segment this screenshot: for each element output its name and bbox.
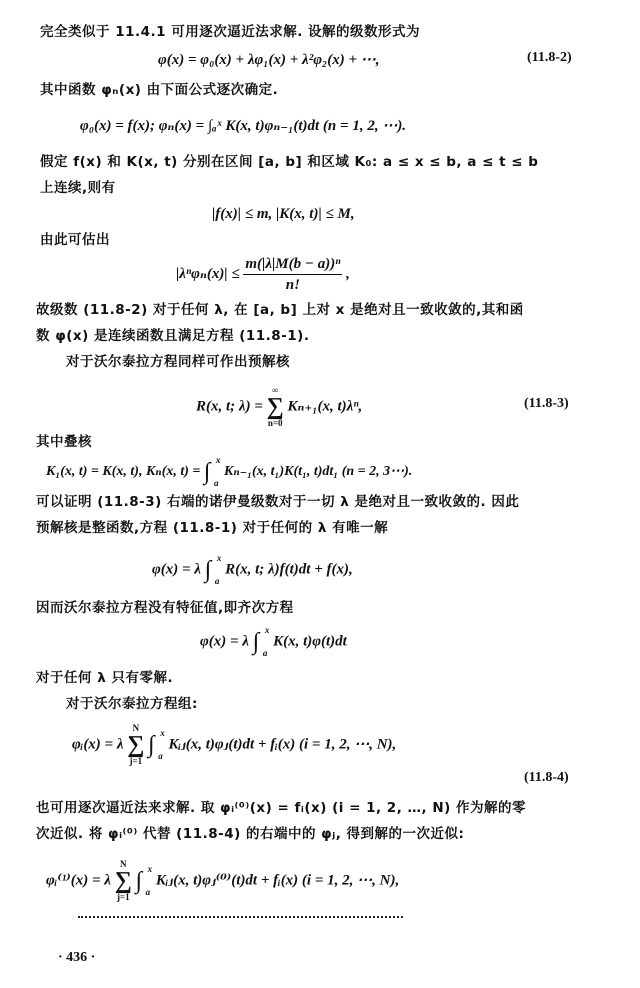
paragraph-8: 对于沃尔泰拉方程同样可作出预解核	[66, 352, 290, 372]
estimate-fraction: m(|λ|M(b − a))ⁿ n!	[243, 254, 342, 295]
paragraph-10: 可以证明 (11.8-3) 右端的诺伊曼级数对于一切 λ 是绝对且一致收敛的. …	[36, 492, 519, 512]
integral-symbol: ∫xa	[205, 558, 222, 582]
integral-symbol: ∫xa	[136, 869, 153, 893]
paragraph-7: 数 φ(x) 是连续函数且满足方程 (11.8-1).	[36, 326, 309, 346]
paragraph-12: 因而沃尔泰拉方程没有特征值,即齐次方程	[36, 598, 294, 618]
equation-iterated-kernels: K₁(x, t) = K(x, t), Kₙ(x, t) = ∫xa Kₙ₋₁(…	[46, 460, 412, 484]
resolvent-rhs: Kₙ₊₁(x, t)λⁿ,	[287, 398, 362, 414]
summation-symbol: ∞ ∑ n=0	[267, 386, 284, 428]
paragraph-1: 完全类似于 11.4.1 可用逐次逼近法求解. 设解的级数形式为	[40, 22, 420, 42]
paragraph-6: 故级数 (11.8-2) 对于任何 λ, 在 [a, b] 上对 x 是绝对且一…	[36, 300, 524, 320]
paragraph-2: 其中函数 φₙ(x) 由下面公式逐次确定.	[40, 80, 278, 100]
summation-symbol: N ∑ j=1	[115, 860, 132, 902]
equation-homogeneous: φ(x) = λ ∫xa K(x, t)φ(t)dt	[200, 630, 347, 654]
equation-solution: φ(x) = λ ∫xa R(x, t; λ)f(t)dt + f(x),	[152, 558, 353, 582]
integral-symbol: ∫xa	[253, 630, 270, 654]
paragraph-3: 假定 f(x) 和 K(x, t) 分别在区间 [a, b] 和区域 K₀: a…	[40, 152, 538, 172]
paragraph-11: 预解核是整函数,方程 (11.8-1) 对于任何的 λ 有唯一解	[36, 518, 388, 538]
summation-symbol: N ∑ j=1	[127, 724, 144, 766]
page-number: · 436 ·	[58, 950, 95, 966]
equation-recursion: φ₀(x) = f(x); φₙ(x) = ∫ₐˣ K(x, t)φₙ₋₁(t)…	[80, 116, 406, 136]
equation-number-11-8-3: (11.8-3)	[524, 396, 569, 412]
paragraph-13: 对于任何 λ 只有零解.	[36, 668, 173, 688]
equation-resolvent: R(x, t; λ) = ∞ ∑ n=0 Kₙ₊₁(x, t)λⁿ,	[196, 386, 362, 428]
fraction-denominator: n!	[243, 275, 342, 295]
equation-number-11-8-4: (11.8-4)	[524, 770, 569, 786]
paragraph-16: 次近似. 将 φᵢ⁽⁰⁾ 代替 (11.8-4) 的右端中的 φⱼ, 得到解的一…	[36, 824, 464, 844]
paragraph-4: 上连续,则有	[40, 178, 116, 198]
paragraph-14: 对于沃尔泰拉方程组:	[66, 694, 198, 714]
integral-symbol: ∫xa	[148, 733, 165, 757]
resolvent-lhs: R(x, t; λ) =	[196, 398, 263, 414]
paragraph-15: 也可用逐次逼近法来求解. 取 φᵢ⁽⁰⁾(x) = fᵢ(x) (i = 1, …	[36, 798, 526, 818]
equation-series: φ(x) = φ₀(x) + λφ₁(x) + λ²φ₂(x) + ⋯,	[158, 50, 380, 70]
equation-first-approximation: φᵢ⁽¹⁾(x) = λ N ∑ j=1 ∫xa Kᵢⱼ(x, t)φⱼ⁽⁰⁾(…	[46, 860, 399, 902]
continuation-dotted-line	[78, 916, 403, 918]
estimate-lhs: |λⁿφₙ(x)| ≤	[176, 266, 240, 282]
paragraph-9: 其中叠核	[36, 432, 92, 452]
equation-estimate: |λⁿφₙ(x)| ≤ m(|λ|M(b − a))ⁿ n! ,	[176, 254, 350, 295]
estimate-tail: ,	[346, 266, 350, 282]
equation-number-11-8-2: (11.8-2)	[527, 50, 572, 66]
integral-symbol: ∫xa	[204, 460, 221, 484]
equation-system: φᵢ(x) = λ N ∑ j=1 ∫xa Kᵢⱼ(x, t)φⱼ(t)dt +…	[72, 724, 396, 766]
fraction-numerator: m(|λ|M(b − a))ⁿ	[243, 254, 342, 275]
equation-bounds: |f(x)| ≤ m, |K(x, t)| ≤ M,	[212, 204, 355, 224]
paragraph-5: 由此可估出	[40, 230, 110, 250]
